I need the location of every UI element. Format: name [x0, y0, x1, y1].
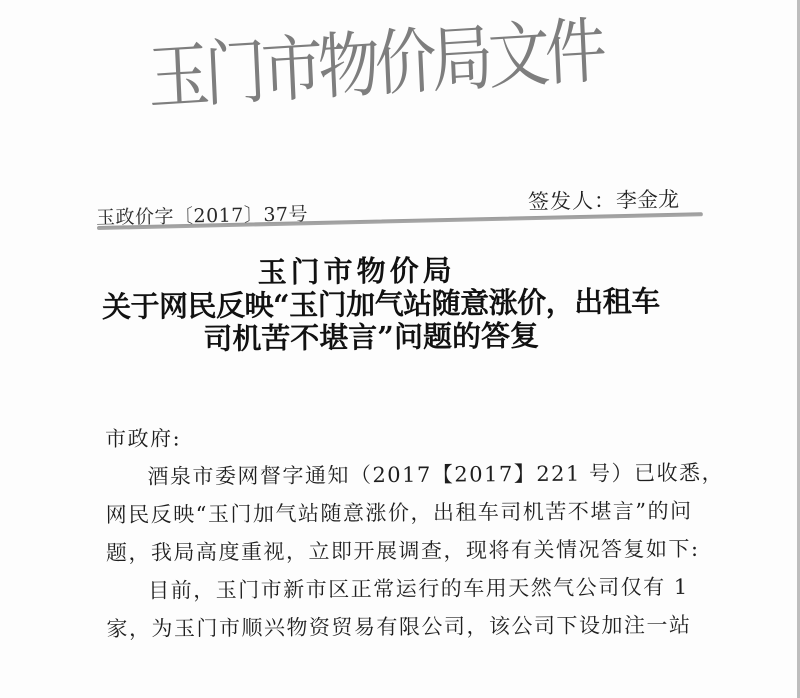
- signer-name: 李金龙: [616, 187, 679, 212]
- document-page: 玉门市物价局文件 玉政价字〔2017〕37号 签发人：李金龙 玉门市物价局 关于…: [0, 0, 797, 698]
- body-line: 目前，玉门市新市区正常运行的车用天然气公司仅有 1: [106, 568, 716, 610]
- body-line: 酒泉市委网督字通知（2017【2017】221 号）已收悉，: [105, 454, 715, 496]
- body-line: 家，为玉门市顺兴物资贸易有限公司，该公司下设加注一站: [106, 606, 716, 648]
- title-line-2: 关于网民反映“玉门加气站随意涨价，出租车: [100, 285, 720, 324]
- document-title: 玉门市物价局 关于网民反映“玉门加气站随意涨价，出租车 司机苦不堪言”问题的答复: [99, 252, 720, 357]
- masthead-title: 玉门市物价局文件: [146, 16, 579, 114]
- salutation: 市政府:: [105, 416, 715, 458]
- body-line: 网民反映“玉门加气站随意涨价，出租车司机苦不堪言”的问: [106, 492, 716, 534]
- body-line: 题，我局高度重视，立即开展调查，现将有关情况答复如下:: [106, 530, 716, 572]
- title-line-3: 司机苦不堪言”问题的答复: [100, 318, 720, 357]
- document-body: 市政府: 酒泉市委网督字通知（2017【2017】221 号）已收悉， 网民反映…: [105, 416, 717, 648]
- signer-label: 签发人：: [528, 188, 616, 214]
- signer: 签发人：李金龙: [528, 183, 680, 216]
